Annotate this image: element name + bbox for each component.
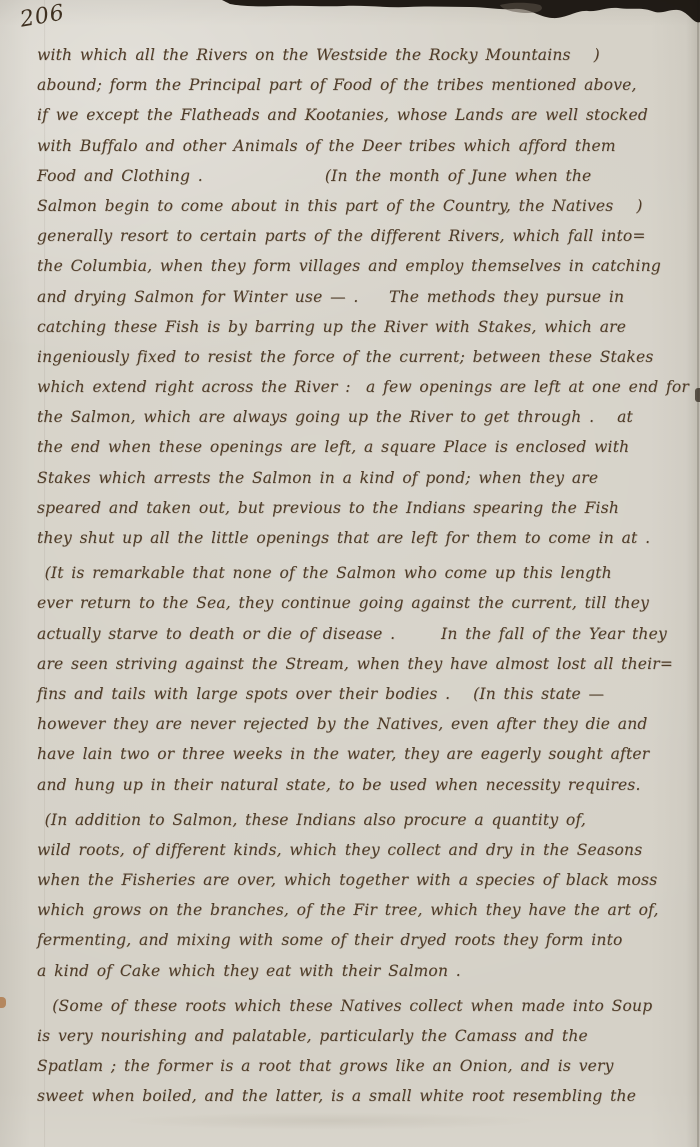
manuscript-line: wild roots, of different kinds, which th… [37,835,686,865]
manuscript-line: ingeniously fixed to resist the force of… [37,342,686,372]
manuscript-line: ever return to the Sea, they continue go… [37,588,686,618]
paper-smudge [120,1112,540,1130]
manuscript-line: the Columbia, when they form villages an… [37,251,686,281]
manuscript-line: Food and Clothing . (In the month of Jun… [37,161,686,191]
page-number: 206 [18,0,67,32]
manuscript-line: (It is remarkable that none of the Salmo… [37,558,686,588]
page-right-edge [697,0,699,1147]
manuscript-line: with which all the Rivers on the Westsid… [37,40,686,70]
paragraph: with which all the Rivers on the Westsid… [37,40,686,553]
edge-notch-mark [695,388,700,402]
manuscript-line: if we except the Flatheads and Kootanies… [37,100,686,130]
manuscript-line: and hung up in their natural state, to b… [37,770,686,800]
manuscript-line: (Some of these roots which these Natives… [37,991,686,1021]
manuscript-line: when the Fisheries are over, which toget… [37,865,686,895]
manuscript-page: 206 with which all the Rivers on the Wes… [0,0,700,1147]
manuscript-line: the Salmon, which are always going up th… [37,402,686,432]
manuscript-line: they shut up all the little openings tha… [37,523,686,553]
book-edge-shadow [0,0,700,36]
rust-stain [0,997,6,1008]
manuscript-line: Salmon begin to come about in this part … [37,191,686,221]
manuscript-line: Stakes which arrests the Salmon in a kin… [37,463,686,493]
manuscript-line: is very nourishing and palatable, partic… [37,1021,686,1051]
manuscript-line: have lain two or three weeks in the wate… [37,739,686,769]
manuscript-line: however they are never rejected by the N… [37,709,686,739]
paragraph: (It is remarkable that none of the Salmo… [37,558,686,800]
paragraph: (Some of these roots which these Natives… [37,991,686,1112]
manuscript-line: sweet when boiled, and the latter, is a … [37,1081,686,1111]
manuscript-line: a kind of Cake which they eat with their… [37,956,686,986]
manuscript-line: the end when these openings are left, a … [37,432,686,462]
manuscript-line: are seen striving against the Stream, wh… [37,649,686,679]
manuscript-line: generally resort to certain parts of the… [37,221,686,251]
manuscript-line: fermenting, and mixing with some of thei… [37,925,686,955]
manuscript-line: and drying Salmon for Winter use — . The… [37,282,686,312]
manuscript-line: catching these Fish is by barring up the… [37,312,686,342]
manuscript-line: Spatlam ; the former is a root that grow… [37,1051,686,1081]
manuscript-line: which grows on the branches, of the Fir … [37,895,686,925]
manuscript-line: speared and taken out, but previous to t… [37,493,686,523]
paragraph: (In addition to Salmon, these Indians al… [37,805,686,986]
manuscript-line: abound; form the Principal part of Food … [37,70,686,100]
manuscript-text: with which all the Rivers on the Westsid… [37,40,686,1112]
manuscript-line: actually starve to death or die of disea… [37,619,686,649]
manuscript-line: fins and tails with large spots over the… [37,679,686,709]
manuscript-line: (In addition to Salmon, these Indians al… [37,805,686,835]
manuscript-line: which extend right across the River : a … [37,372,686,402]
manuscript-line: with Buffalo and other Animals of the De… [37,131,686,161]
